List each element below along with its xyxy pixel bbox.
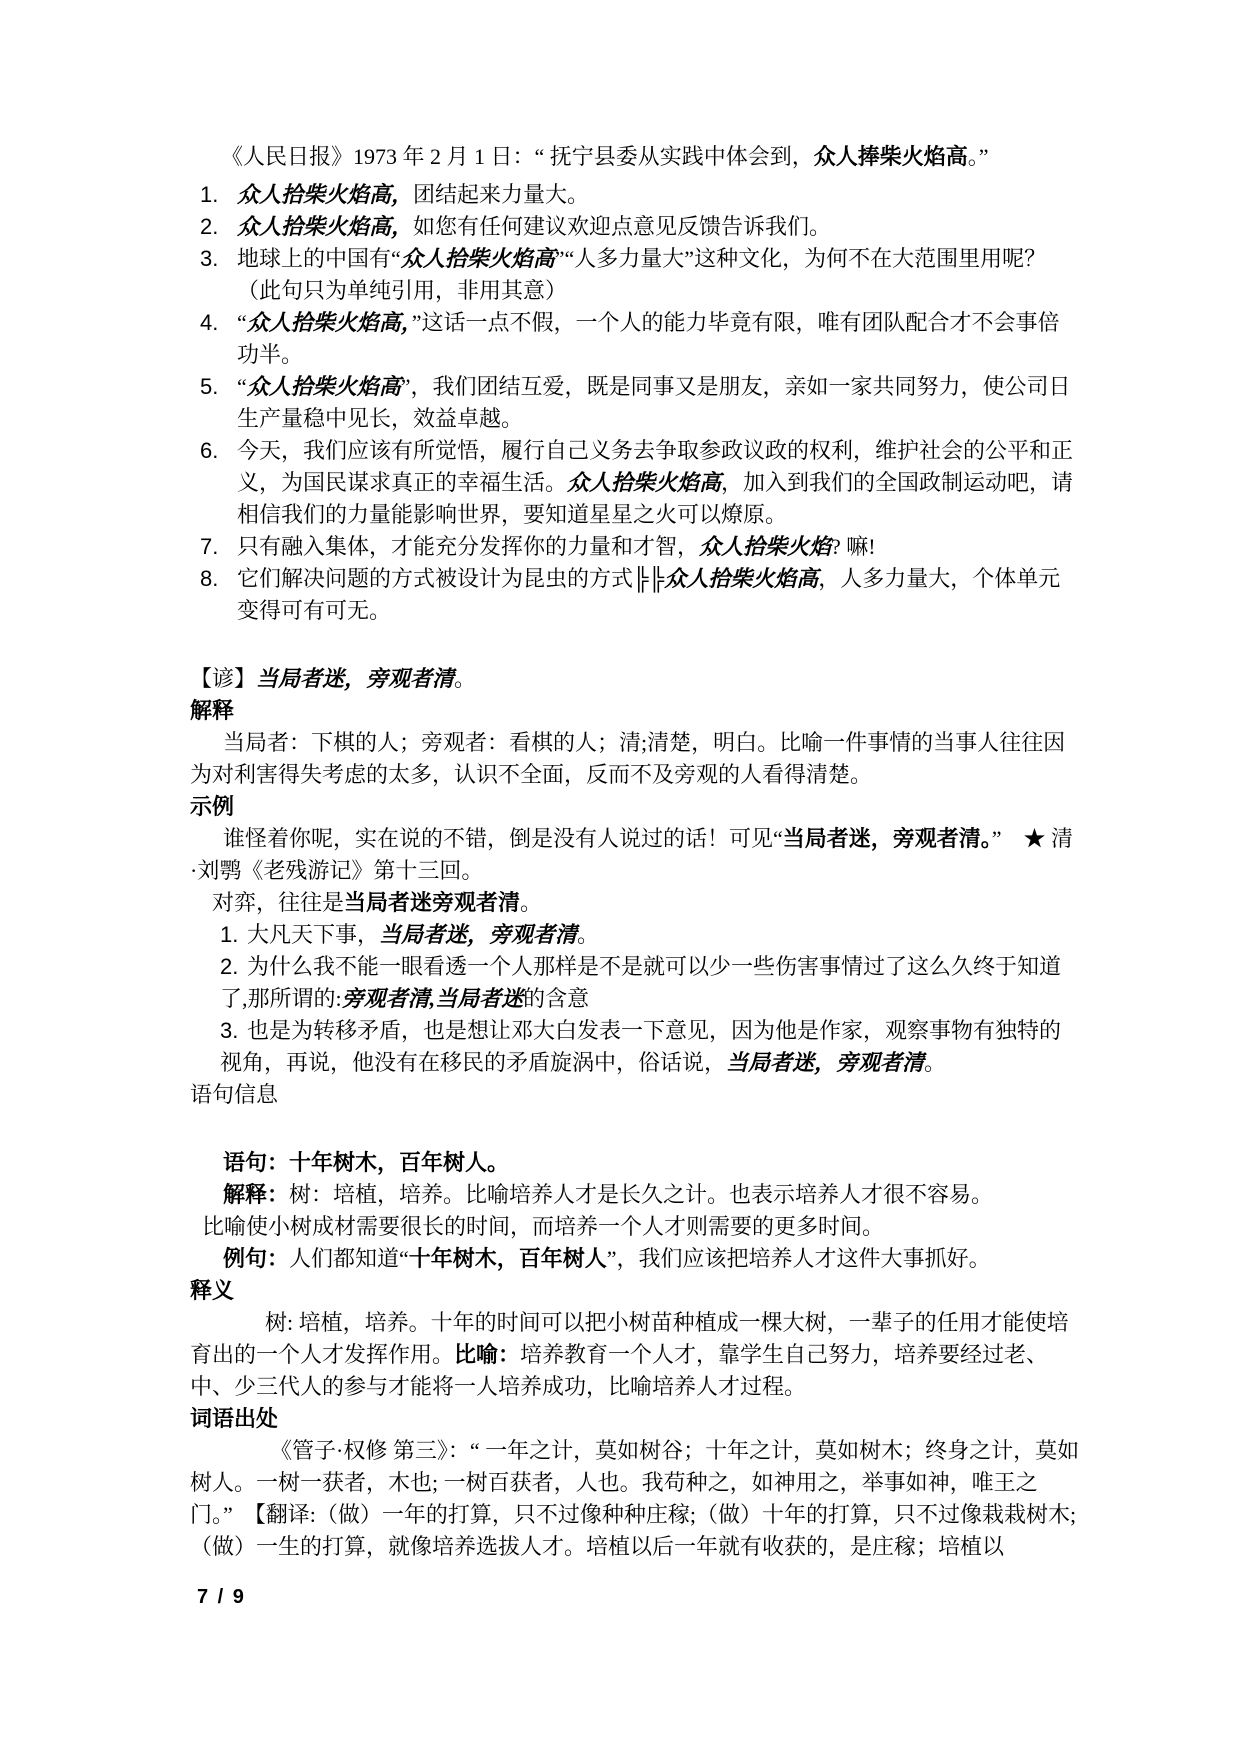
- example-heading: 示例: [190, 791, 1080, 823]
- item-number: 2.: [220, 951, 247, 983]
- list-item: 6. 今天，我们应该有所觉悟，履行自己义务去争取参政议政的权利，维护社会的公平和…: [190, 435, 1080, 531]
- shiyi-paragraph: 树: 培植，培养。十年的时间可以把小树苗种植成一棵大树，一辈子的任用才能使培育出…: [190, 1307, 1080, 1403]
- item-number: 5.: [200, 371, 218, 403]
- source-heading: 词语出处: [190, 1403, 1080, 1435]
- list-item: 4. “众人拾柴火焰高，”这话一点不假，一个人的能力毕竟有限，唯有团队配合才不会…: [190, 307, 1080, 371]
- list-item: 3.也是为转移矛盾，也是想让邓大白发表一下意见，因为他是作家，观察事物有独特的视…: [190, 1015, 1080, 1079]
- example-paragraph: 谁怪着你呢，实在说的不错，倒是没有人说过的话！可见“当局者迷，旁观者清。” ★ …: [190, 823, 1080, 887]
- source-paragraph: 《管子·权修 第三》：“ 一年之计，莫如树谷；十年之计，莫如树木；终身之计，莫如…: [190, 1435, 1080, 1563]
- item-text: 也是为转移矛盾，也是想让邓大白发表一下意见，因为他是作家，观察事物有独特的视角，…: [220, 1018, 1061, 1075]
- list-item: 3. 地球上的中国有“众人拾柴火焰高”“人多力量大”这种文化，为何不在大范围里用…: [190, 243, 1080, 307]
- explain-line-2: 比喻使小树成材需要很长的时间，而培养一个人才则需要的更多时间。: [202, 1211, 1080, 1243]
- list-item: 1. 众人拾柴火焰高，团结起来力量大。: [190, 179, 1080, 211]
- example-list: 1. 众人拾柴火焰高，团结起来力量大。 2. 众人拾柴火焰高，如您有任何建议欢迎…: [190, 179, 1080, 627]
- explain-line: 解释：树：培植，培养。比喻培养人才是长久之计。也表示培养人才很不容易。: [223, 1179, 1080, 1211]
- list-item: 8. 它们解决问题的方式被设计为昆虫的方式╠╠众人拾柴火焰高，人多力量大，个体单…: [190, 563, 1080, 627]
- section-proverb-danju: 【谚】当局者迷，旁观者清。 解释 当局者：下棋的人；旁观者：看棋的人；清;清楚，…: [190, 663, 1080, 1111]
- item-text: 众人拾柴火焰高，团结起来力量大。: [237, 182, 589, 207]
- item-number: 1.: [220, 919, 247, 951]
- list-item: 2.为什么我不能一眼看透一个人那样是不是就可以少一些伤害事情过了这么久终于知道了…: [190, 951, 1080, 1015]
- item-text: 今天，我们应该有所觉悟，履行自己义务去争取参政议政的权利，维护社会的公平和正义，…: [237, 438, 1073, 527]
- item-number: 7.: [200, 531, 218, 563]
- example-line: 例句：人们都知道“十年树木，百年树人”，我们应该把培养人才这件大事抓好。: [223, 1243, 1080, 1275]
- item-number: 3.: [200, 243, 218, 275]
- list-item: 1.大凡天下事，当局者迷，旁观者清。: [190, 919, 1080, 951]
- danju-list: 1.大凡天下事，当局者迷，旁观者清。 2.为什么我不能一眼看透一个人那样是不是就…: [190, 919, 1080, 1079]
- explain-paragraph: 当局者：下棋的人；旁观者：看棋的人；清;清楚，明白。比喻一件事情的当事人往往因为…: [190, 727, 1080, 791]
- section-proverb-shinian: 语句：十年树木，百年树人。 解释：树：培植，培养。比喻培养人才是长久之计。也表示…: [190, 1147, 1080, 1563]
- item-number: 1.: [200, 179, 218, 211]
- list-item: 2. 众人拾柴火焰高，如您有任何建议欢迎点意见反馈告诉我们。: [190, 211, 1080, 243]
- list-item: 7. 只有融入集体，才能充分发挥你的力量和才智，众人拾柴火焰? 嘛!: [190, 531, 1080, 563]
- page-number: 7 / 9: [197, 1581, 1080, 1613]
- item-number: 8.: [200, 563, 218, 595]
- item-text: 大凡天下事，当局者迷，旁观者清。: [247, 922, 599, 947]
- item-number: 4.: [200, 307, 218, 339]
- document-page: 《人民日报》1973 年 2 月 1 日：“ 抚宁县委从实践中体会到，众人捧柴火…: [0, 0, 1241, 1754]
- info-line: 语句信息: [190, 1079, 1080, 1111]
- duiyi-paragraph: 对弈，往往是当局者迷旁观者清。: [190, 887, 1080, 919]
- section-proverb-examples: 《人民日报》1973 年 2 月 1 日：“ 抚宁县委从实践中体会到，众人捧柴火…: [190, 141, 1080, 627]
- item-text: “众人拾柴火焰高，”这话一点不假，一个人的能力毕竟有限，唯有团队配合才不会事倍功…: [237, 310, 1060, 367]
- item-number: 3.: [220, 1015, 247, 1047]
- item-number: 6.: [200, 435, 218, 467]
- item-number: 2.: [200, 211, 218, 243]
- list-item: 5. “众人拾柴火焰高”，我们团结互爱，既是同事又是朋友，亲如一家共同努力，使公…: [190, 371, 1080, 435]
- item-text: 地球上的中国有“众人拾柴火焰高”“人多力量大”这种文化，为何不在大范围里用呢？（…: [237, 246, 1046, 303]
- item-text: 为什么我不能一眼看透一个人那样是不是就可以少一些伤害事情过了这么久终于知道了,那…: [220, 954, 1061, 1011]
- explain-heading: 解释: [190, 695, 1080, 727]
- shiyi-heading: 释义: [190, 1275, 1080, 1307]
- phrase-line: 语句：十年树木，百年树人。: [223, 1147, 1080, 1179]
- page-content: 《人民日报》1973 年 2 月 1 日：“ 抚宁县委从实践中体会到，众人捧柴火…: [190, 141, 1080, 1613]
- item-text: 它们解决问题的方式被设计为昆虫的方式╠╠众人拾柴火焰高，人多力量大，个体单元变得…: [237, 566, 1060, 623]
- item-text: 众人拾柴火焰高，如您有任何建议欢迎点意见反馈告诉我们。: [237, 214, 831, 239]
- intro-paragraph: 《人民日报》1973 年 2 月 1 日：“ 抚宁县委从实践中体会到，众人捧柴火…: [190, 141, 1080, 173]
- proverb-tag-line: 【谚】当局者迷，旁观者清。: [190, 663, 1080, 695]
- item-text: 只有融入集体，才能充分发挥你的力量和才智，众人拾柴火焰? 嘛!: [237, 534, 876, 559]
- item-text: “众人拾柴火焰高”，我们团结互爱，既是同事又是朋友，亲如一家共同努力，使公司日生…: [237, 374, 1071, 431]
